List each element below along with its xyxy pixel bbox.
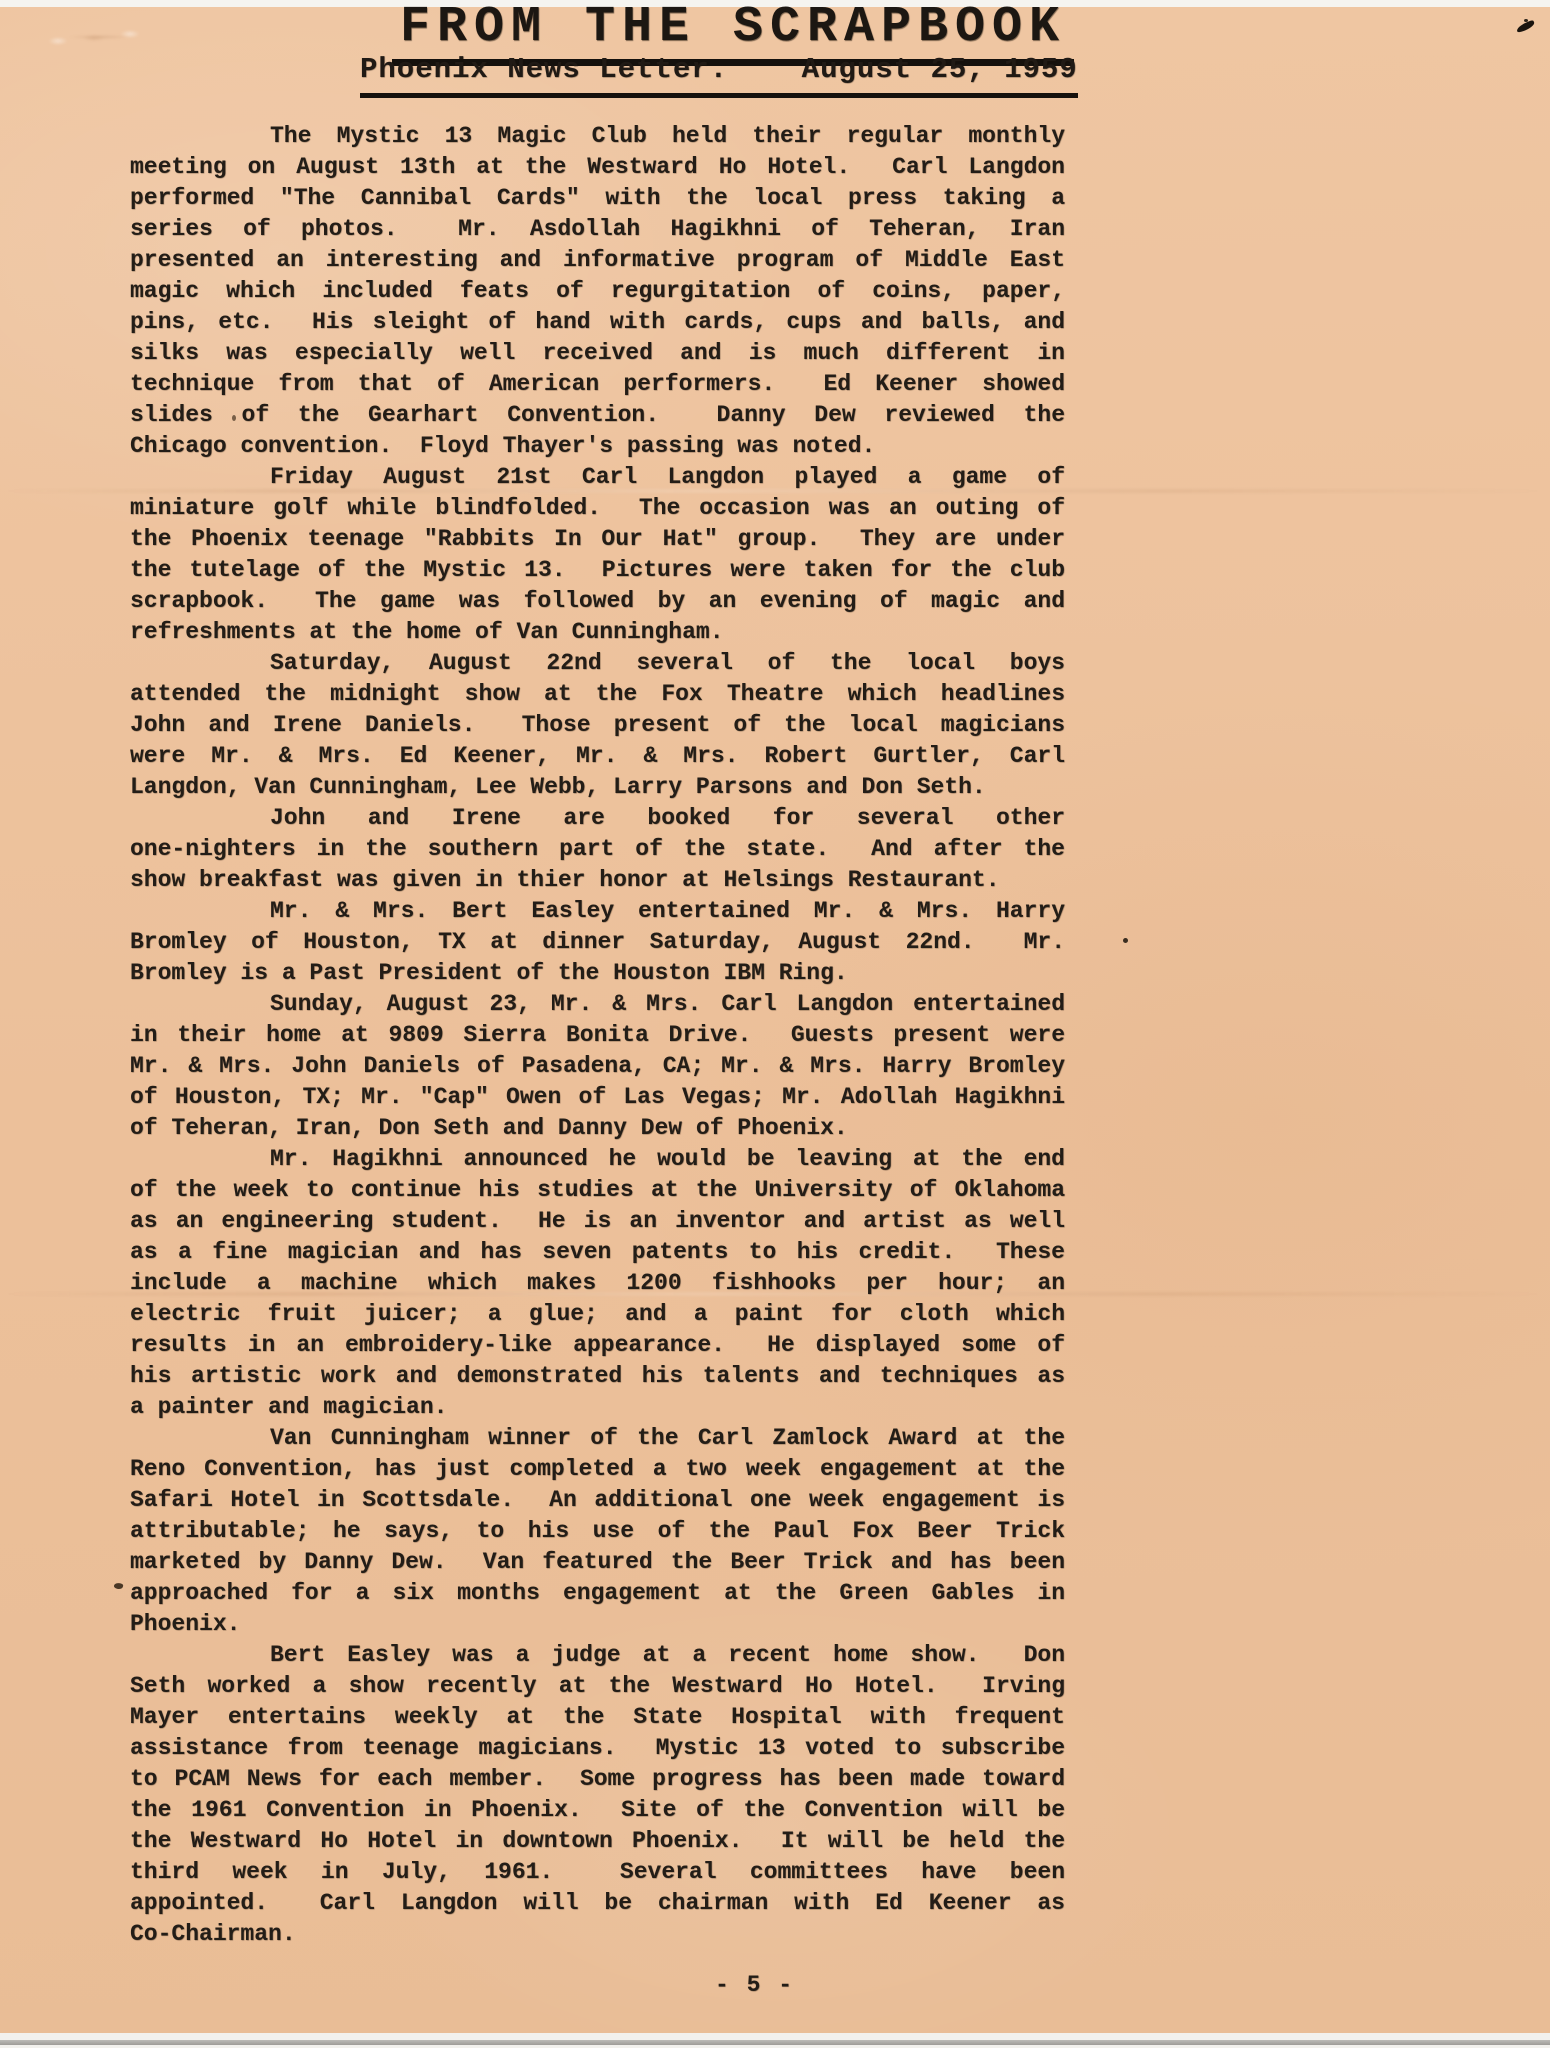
- text-line: Mr. Hagikhni announced he would be leavi…: [130, 1144, 1065, 1175]
- text-line: silks was especially well received and i…: [130, 338, 1065, 369]
- text-line: the Phoenix teenage "Rabbits In Our Hat"…: [130, 524, 1065, 555]
- text-line: the tutelage of the Mystic 13. Pictures …: [130, 555, 1065, 586]
- text-line: marketed by Danny Dew. Van featured the …: [130, 1547, 1065, 1578]
- text-line: Friday August 21st Carl Langdon played a…: [130, 462, 1065, 493]
- text-line: electric fruit juicer; a glue; and a pai…: [130, 1299, 1065, 1330]
- text-line: meeting on August 13th at the Westward H…: [130, 152, 1065, 183]
- scan-edge-shadow: [0, 2040, 1550, 2045]
- text-line: Reno Convention, has just completed a tw…: [130, 1454, 1065, 1485]
- text-line: the 1961 Convention in Phoenix. Site of …: [130, 1795, 1065, 1826]
- text-line: as an engineering student. He is an inve…: [130, 1206, 1065, 1237]
- text-line: approached for a six months engagement a…: [130, 1578, 1065, 1609]
- text-line: Mr. & Mrs. Bert Easley entertained Mr. &…: [130, 896, 1065, 927]
- text-line: pins, etc. His sleight of hand with card…: [130, 307, 1065, 338]
- paper-sheet: FROM THE SCRAPBOOK Phoenix News Letter. …: [0, 7, 1550, 2033]
- text-line: John and Irene Daniels. Those present of…: [130, 710, 1065, 741]
- text-line: presented an interesting and informative…: [130, 245, 1065, 276]
- ink-speck: [1123, 938, 1128, 943]
- text-line: Bromley of Houston, TX at dinner Saturda…: [130, 927, 1065, 958]
- text-line: Langdon, Van Cunningham, Lee Webb, Larry…: [130, 772, 1065, 803]
- text-line: series of photos. Mr. Asdollah Hagikhni …: [130, 214, 1065, 245]
- article-body: The Mystic 13 Magic Club held their regu…: [130, 121, 1065, 1950]
- text-line: slides of the Gearhart Convention. Danny…: [130, 400, 1065, 431]
- text-line: include a machine which makes 1200 fishh…: [130, 1268, 1065, 1299]
- text-line: of the week to continue his studies at t…: [130, 1175, 1065, 1206]
- text-line: Mr. & Mrs. John Daniels of Pasadena, CA;…: [130, 1051, 1065, 1082]
- text-line: a painter and magician.: [130, 1392, 1065, 1423]
- text-line: to PCAM News for each member. Some progr…: [130, 1764, 1065, 1795]
- text-line: Mayer entertains weekly at the State Hos…: [130, 1702, 1065, 1733]
- text-line: performed "The Cannibal Cards" with the …: [130, 183, 1065, 214]
- text-line: miniature golf while blindfolded. The oc…: [130, 493, 1065, 524]
- scanned-newsletter-page: { "header": { "title": "FROM THE SCRAPBO…: [0, 0, 1550, 2048]
- text-line: his artistic work and demonstrated his t…: [130, 1361, 1065, 1392]
- text-line: refreshments at the home of Van Cunningh…: [130, 617, 1065, 648]
- text-line: in their home at 9809 Sierra Bonita Driv…: [130, 1020, 1065, 1051]
- text-line: Co-Chairman.: [130, 1919, 1065, 1950]
- text-line: of Houston, TX; Mr. "Cap" Owen of Las Ve…: [130, 1082, 1065, 1113]
- text-line: The Mystic 13 Magic Club held their regu…: [130, 121, 1065, 152]
- ink-speck: [113, 1582, 123, 1590]
- text-line: of Teheran, Iran, Don Seth and Danny Dew…: [130, 1113, 1065, 1144]
- text-line: Phoenix.: [130, 1609, 1065, 1640]
- text-line: show breakfast was given in thier honor …: [130, 865, 1065, 896]
- newsletter-subtitle: Phoenix News Letter. August 25, 1959: [360, 53, 1078, 98]
- text-line: magic which included feats of regurgitat…: [130, 276, 1065, 307]
- text-line: attended the midnight show at the Fox Th…: [130, 679, 1065, 710]
- text-line: appointed. Carl Langdon will be chairman…: [130, 1888, 1065, 1919]
- text-line: as a fine magician and has seven patents…: [130, 1237, 1065, 1268]
- text-line: Bert Easley was a judge at a recent home…: [130, 1640, 1065, 1671]
- text-line: Bromley is a Past President of the Houst…: [130, 958, 1065, 989]
- text-line: Sunday, August 23, Mr. & Mrs. Carl Langd…: [130, 989, 1065, 1020]
- text-line: attributable; he says, to his use of the…: [130, 1516, 1065, 1547]
- text-line: Van Cunningham winner of the Carl Zamloc…: [130, 1423, 1065, 1454]
- text-line: scrapbook. The game was followed by an e…: [130, 586, 1065, 617]
- text-line: Saturday, August 22nd several of the loc…: [130, 648, 1065, 679]
- text-line: were Mr. & Mrs. Ed Keener, Mr. & Mrs. Ro…: [130, 741, 1065, 772]
- text-line: technique from that of American performe…: [130, 369, 1065, 400]
- text-line: John and Irene are booked for several ot…: [130, 803, 1065, 834]
- text-line: the Westward Ho Hotel in downtown Phoeni…: [130, 1826, 1065, 1857]
- text-line: third week in July, 1961. Several commit…: [130, 1857, 1065, 1888]
- page-number: - 5 -: [715, 1972, 794, 1998]
- text-line: results in an embroidery-like appearance…: [130, 1330, 1065, 1361]
- text-line: Seth worked a show recently at the Westw…: [130, 1671, 1065, 1702]
- text-line: Chicago convention. Floyd Thayer's passi…: [130, 431, 1065, 462]
- text-line: assistance from teenage magicians. Mysti…: [130, 1733, 1065, 1764]
- text-line: one-nighters in the southern part of the…: [130, 834, 1065, 865]
- text-line: Safari Hotel in Scottsdale. An additiona…: [130, 1485, 1065, 1516]
